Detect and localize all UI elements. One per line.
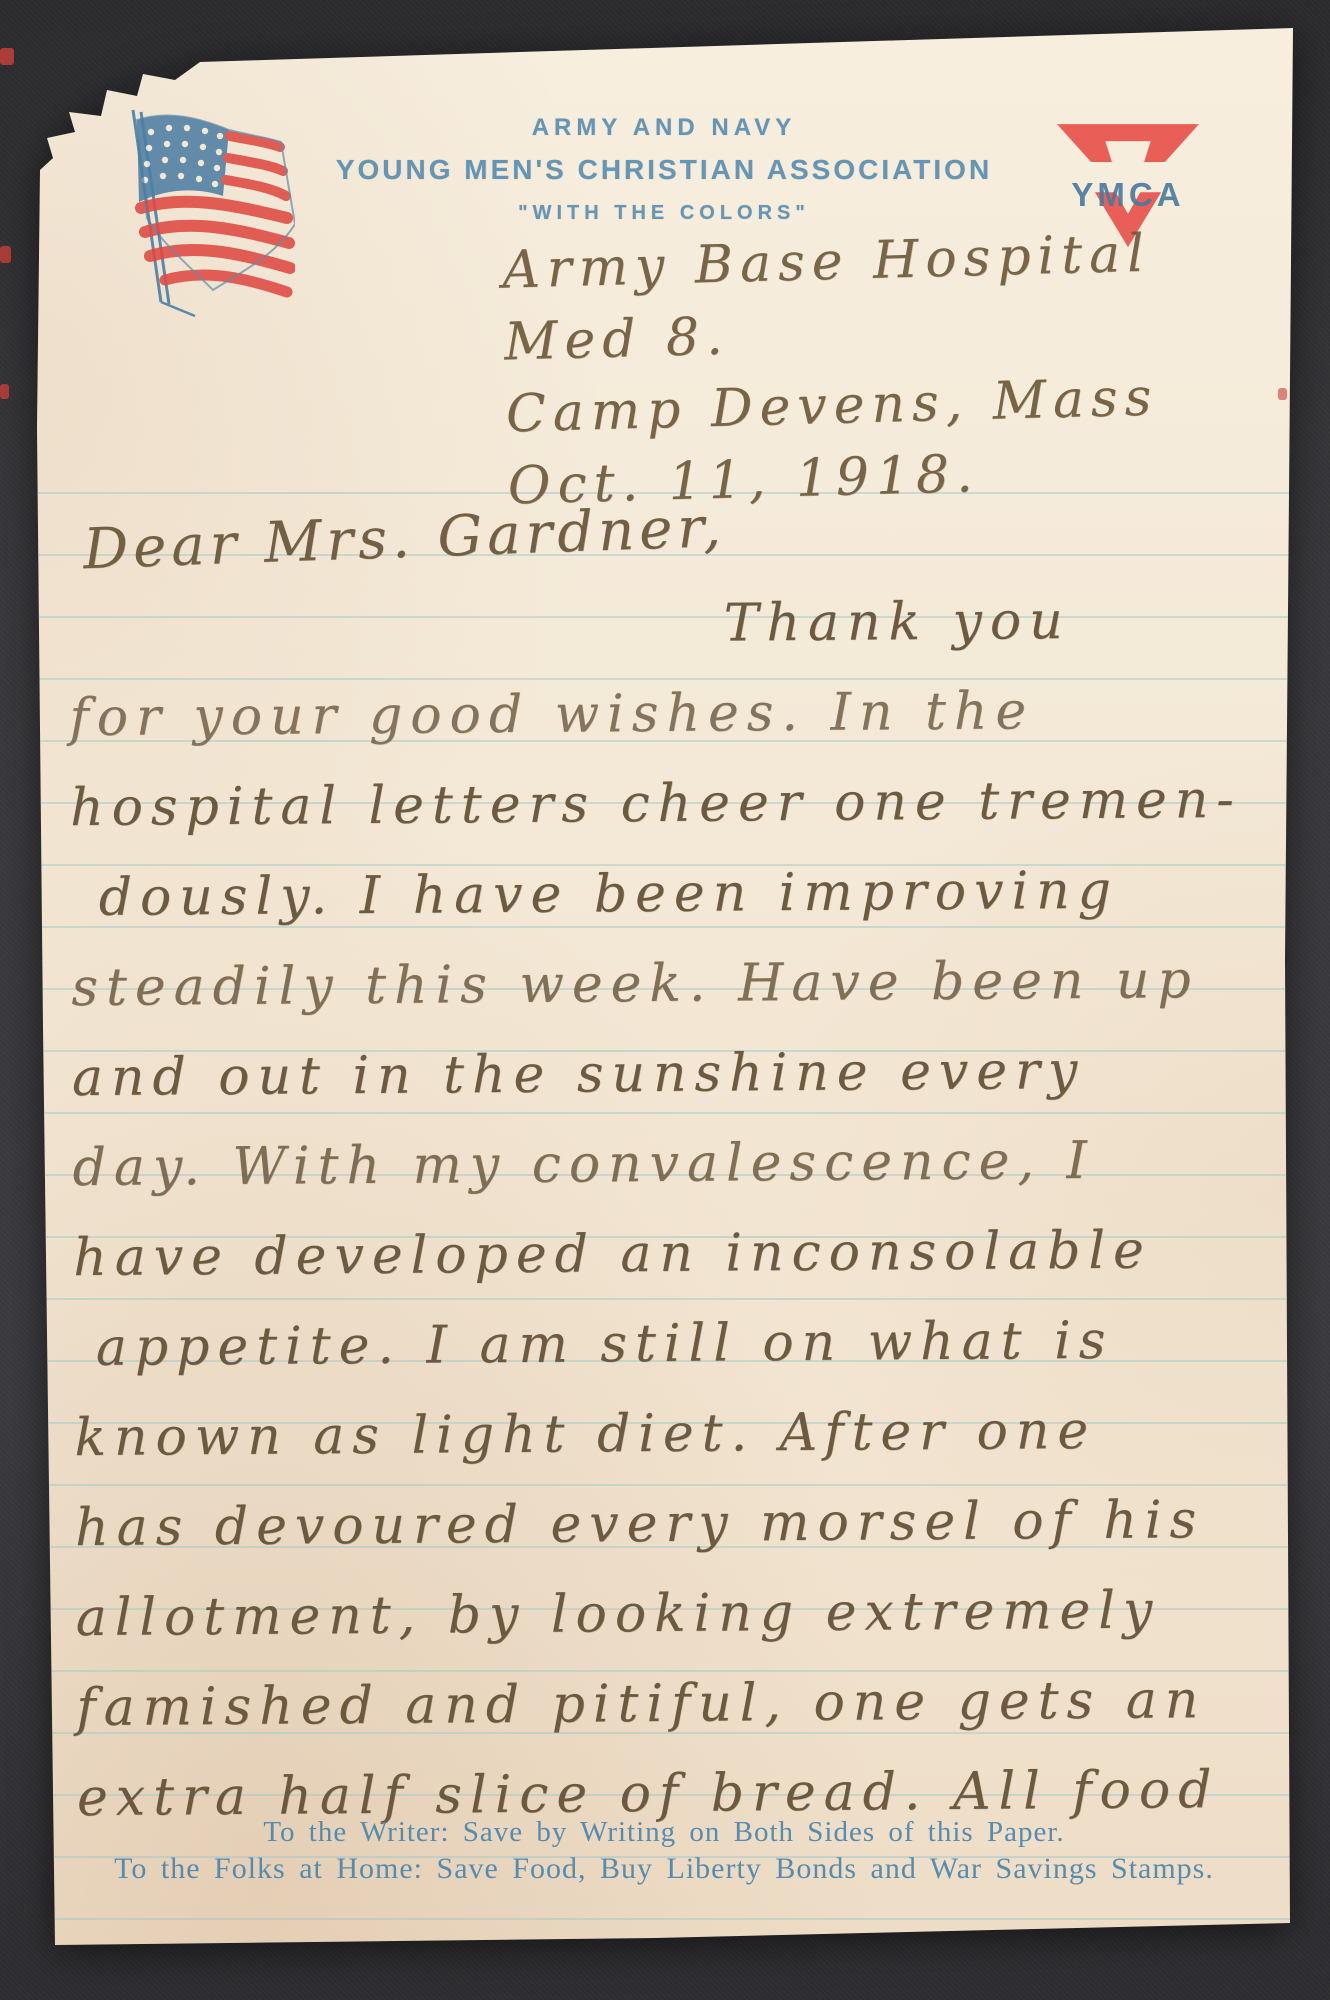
body-line: appetite. I am still on what is — [74, 1310, 1246, 1408]
body-line: allotment, by looking extremely — [76, 1580, 1248, 1678]
body-line: and out in the sunshine every — [72, 1040, 1244, 1138]
red-paint-mark — [0, 48, 14, 65]
body-line: known as light diet. After one — [74, 1400, 1246, 1498]
footer-line-2: To the Folks at Home: Save Food, Buy Lib… — [35, 1852, 1293, 1886]
letter-body: Thank you for your good wishes. In the h… — [69, 590, 1250, 1858]
body-line: Thank you — [69, 590, 1241, 688]
red-paint-mark — [1278, 388, 1287, 400]
body-line: famished and pitiful, one gets an — [76, 1670, 1248, 1768]
letter-paper-wrap: ARMY AND NAVY YOUNG MEN'S CHRISTIAN ASSO… — [35, 28, 1293, 1945]
body-line: steadily this week. Have been up — [71, 950, 1243, 1048]
body-line: day. With my convalescence, I — [72, 1130, 1244, 1228]
red-paint-mark — [0, 246, 11, 263]
body-line: has devoured every morsel of his — [75, 1490, 1247, 1588]
body-line: dously. I have been improving — [71, 860, 1243, 958]
ymca-logo-text: YMCA — [1057, 176, 1199, 214]
body-line: have developed an inconsolable — [73, 1220, 1245, 1318]
red-paint-mark — [0, 384, 9, 399]
photographed-letter-scene: ARMY AND NAVY YOUNG MEN'S CHRISTIAN ASSO… — [0, 0, 1330, 2000]
footer-line-1: To the Writer: Save by Writing on Both S… — [35, 1816, 1293, 1849]
letter-paper: ARMY AND NAVY YOUNG MEN'S CHRISTIAN ASSO… — [35, 28, 1293, 1945]
salutation: Dear Mrs. Gardner, — [82, 495, 727, 582]
body-line: hospital letters cheer one tremen- — [70, 770, 1242, 868]
body-line: for your good wishes. In the — [69, 680, 1241, 778]
handwritten-heading: Army Base Hospital Med 8. Camp Devens, M… — [501, 218, 1161, 523]
